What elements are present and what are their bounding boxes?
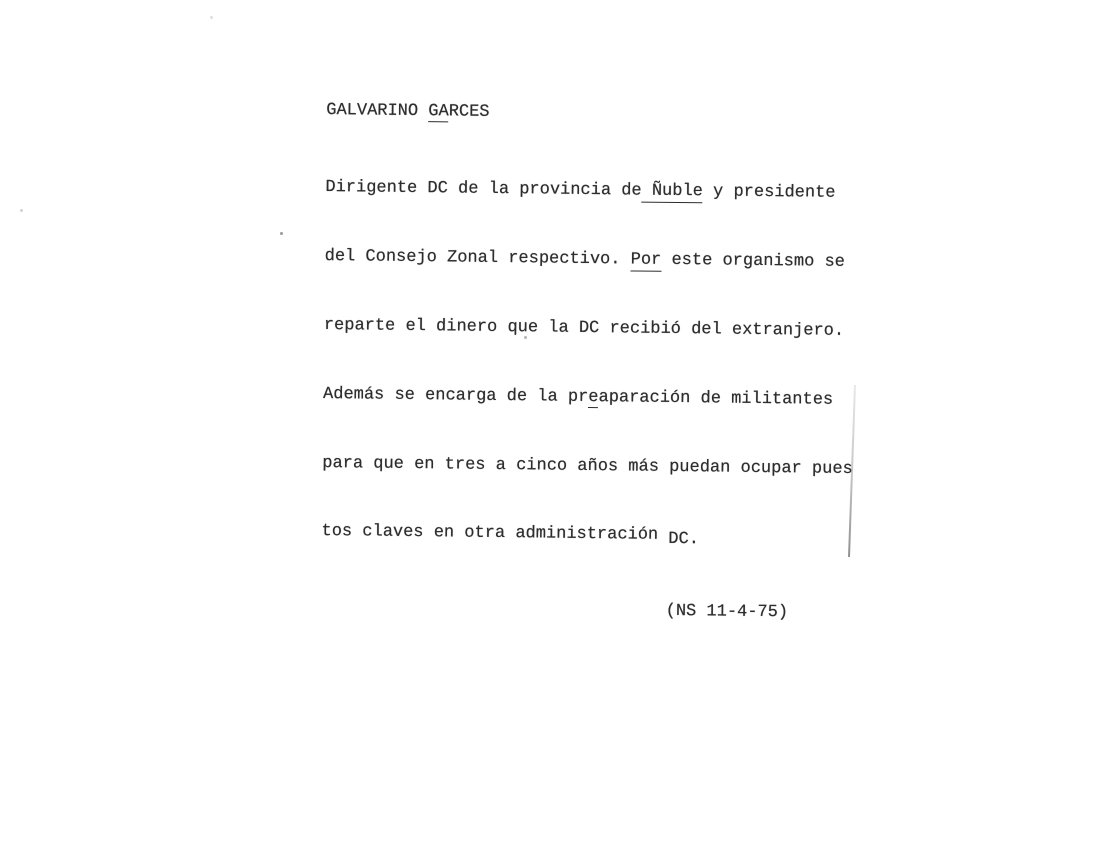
line-text: Además se encarga de la pr <box>323 385 588 407</box>
body-line: Además se encarga de la preaparación de … <box>323 386 854 409</box>
line-text: para que en tres a cinco años más puedan… <box>322 454 853 479</box>
line-shifted-text: DC. <box>668 531 699 549</box>
citation: (NS 11-4-75) <box>666 603 852 622</box>
heading-underlined-text: GA <box>428 102 449 123</box>
heading-text-rest: RCES <box>449 102 490 121</box>
line-text: reparte el dinero que la DC recibió del … <box>324 316 844 341</box>
body-line: del Consejo Zonal respectivo. Por este o… <box>325 248 856 271</box>
line-text: del Consejo Zonal respectivo. <box>325 247 631 269</box>
body-line: tos claves en otra administración DC. <box>321 523 852 546</box>
scan-speck <box>210 16 213 19</box>
line-underlined-text: Ñuble <box>642 182 703 203</box>
scanned-document-page: GALVARINO GARCES Dirigente DC de la prov… <box>0 0 1100 850</box>
body-line: para que en tres a cinco años más puedan… <box>322 455 853 478</box>
line-text-rest: este organismo se <box>661 251 845 272</box>
line-text: Dirigente DC de la provincia de <box>325 178 641 201</box>
line-text-rest: y presidente <box>703 183 836 204</box>
body-line: Dirigente DC de la provincia de Ñuble y … <box>325 179 856 202</box>
document-heading: GALVARINO GARCES <box>326 102 857 125</box>
line-text: tos claves en otra administración <box>321 522 668 545</box>
scan-speck <box>280 232 283 235</box>
line-text-rest: aparación de militantes <box>598 388 833 410</box>
typewritten-text-block: GALVARINO GARCES Dirigente DC de la prov… <box>320 50 857 674</box>
heading-text: GALVARINO <box>326 101 428 121</box>
body-line: reparte el dinero que la DC recibió del … <box>324 317 855 340</box>
scan-speck <box>524 336 527 339</box>
scan-speck <box>20 209 23 212</box>
citation-text: (NS 11-4-75) <box>666 602 789 622</box>
line-underlined-text: Por <box>631 251 662 272</box>
